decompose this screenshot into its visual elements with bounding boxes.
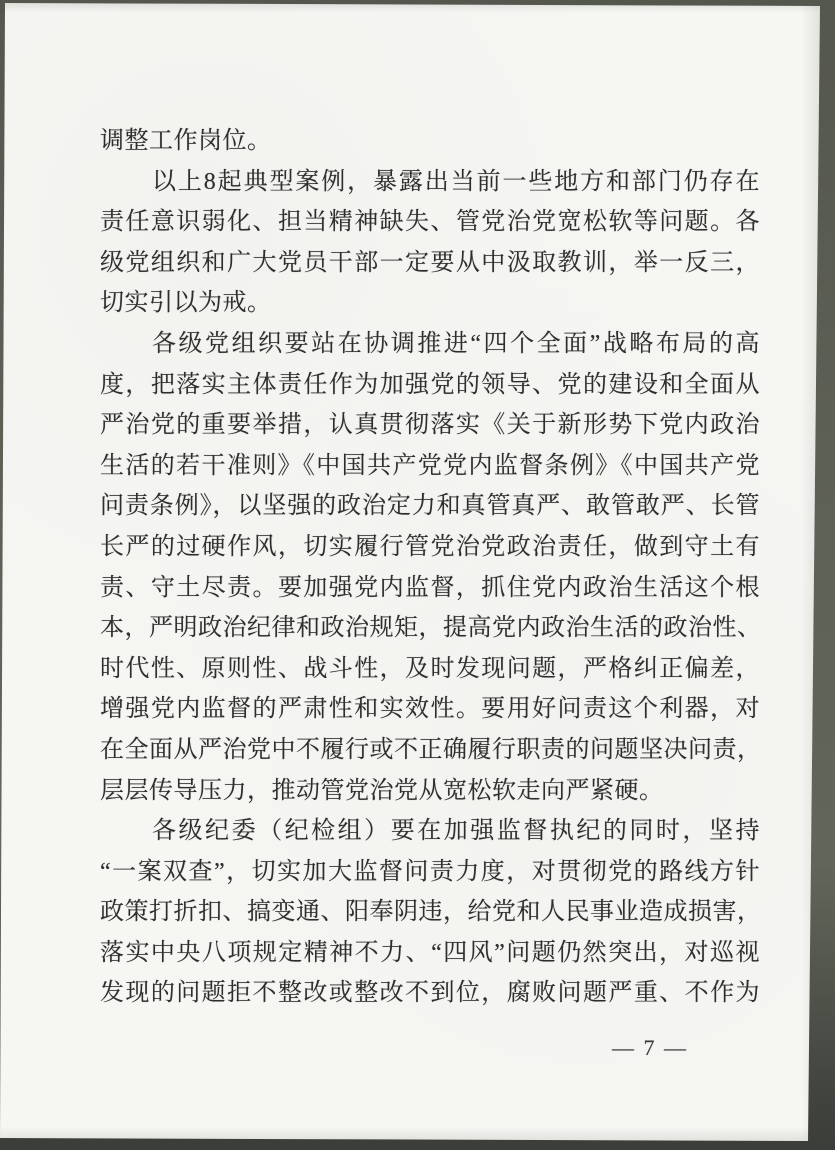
- text-line: 长严的过硬作风，切实履行管党治党政治责任，做到守土有: [100, 527, 760, 568]
- text-line: 问责条例》，以坚强的政治定力和真管真严、敢管敢严、长管: [100, 486, 760, 527]
- page-number: — 7 —: [612, 1035, 688, 1061]
- text-line: 增强党内监督的严肃性和实效性。要用好问责这个利器，对: [100, 689, 760, 730]
- text-line: 落实中央八项规定精神不力、“四风”问题仍然突出，对巡视: [100, 933, 760, 974]
- text-line: 本，严明政治纪律和政治规矩，提高党内政治生活的政治性、: [100, 608, 760, 649]
- text-line: 严治党的重要举措，认真贯彻落实《关于新形势下党内政治: [100, 405, 760, 446]
- text-line: 以上8起典型案例，暴露出当前一些地方和部门仍存在: [100, 162, 760, 203]
- body-text: 调整工作岗位。 以上8起典型案例，暴露出当前一些地方和部门仍存在 责任意识弱化、…: [100, 121, 760, 1014]
- text-line: 在全面从严治党中不履行或不正确履行职责的问题坚决问责，: [100, 730, 760, 771]
- text-line: 责、守土尽责。要加强党内监督，抓住党内政治生活这个根: [100, 568, 760, 609]
- paper-edge-shadow-right: [795, 0, 835, 1150]
- text-line: “一案双查”，切实加大监督问责力度，对贯彻党的路线方针: [100, 852, 760, 893]
- scan-background: 调整工作岗位。 以上8起典型案例，暴露出当前一些地方和部门仍存在 责任意识弱化、…: [0, 0, 835, 1150]
- text-line: 调整工作岗位。: [100, 121, 760, 162]
- text-line: 度，把落实主体责任作为加强党的领导、党的建设和全面从: [100, 365, 760, 406]
- paper-edge-shadow-bottom: [0, 1124, 835, 1150]
- paper-edge-shadow-top: [0, 0, 835, 14]
- text-line: 时代性、原则性、战斗性，及时发现问题，严格纠正偏差，: [100, 649, 760, 690]
- text-line: 层层传导压力，推动管党治党从宽松软走向严紧硬。: [100, 771, 760, 812]
- text-line: 各级纪委（纪检组）要在加强监督执纪的同时，坚持: [100, 811, 760, 852]
- text-line: 责任意识弱化、担当精神缺失、管党治党宽松软等问题。各: [100, 202, 760, 243]
- text-line: 生活的若干准则》《中国共产党党内监督条例》《中国共产党: [100, 446, 760, 487]
- text-line: 政策打折扣、搞变通、阳奉阴违，给党和人民事业造成损害，: [100, 892, 760, 933]
- text-line: 各级党组织要站在协调推进“四个全面”战略布局的高: [100, 324, 760, 365]
- text-line: 切实引以为戒。: [100, 283, 760, 324]
- text-line: 发现的问题拒不整改或整改不到位，腐败问题严重、不作为: [100, 973, 760, 1014]
- text-line: 级党组织和广大党员干部一定要从中汲取教训，举一反三，: [100, 243, 760, 284]
- document-page: 调整工作岗位。 以上8起典型案例，暴露出当前一些地方和部门仍存在 责任意识弱化、…: [0, 0, 835, 1150]
